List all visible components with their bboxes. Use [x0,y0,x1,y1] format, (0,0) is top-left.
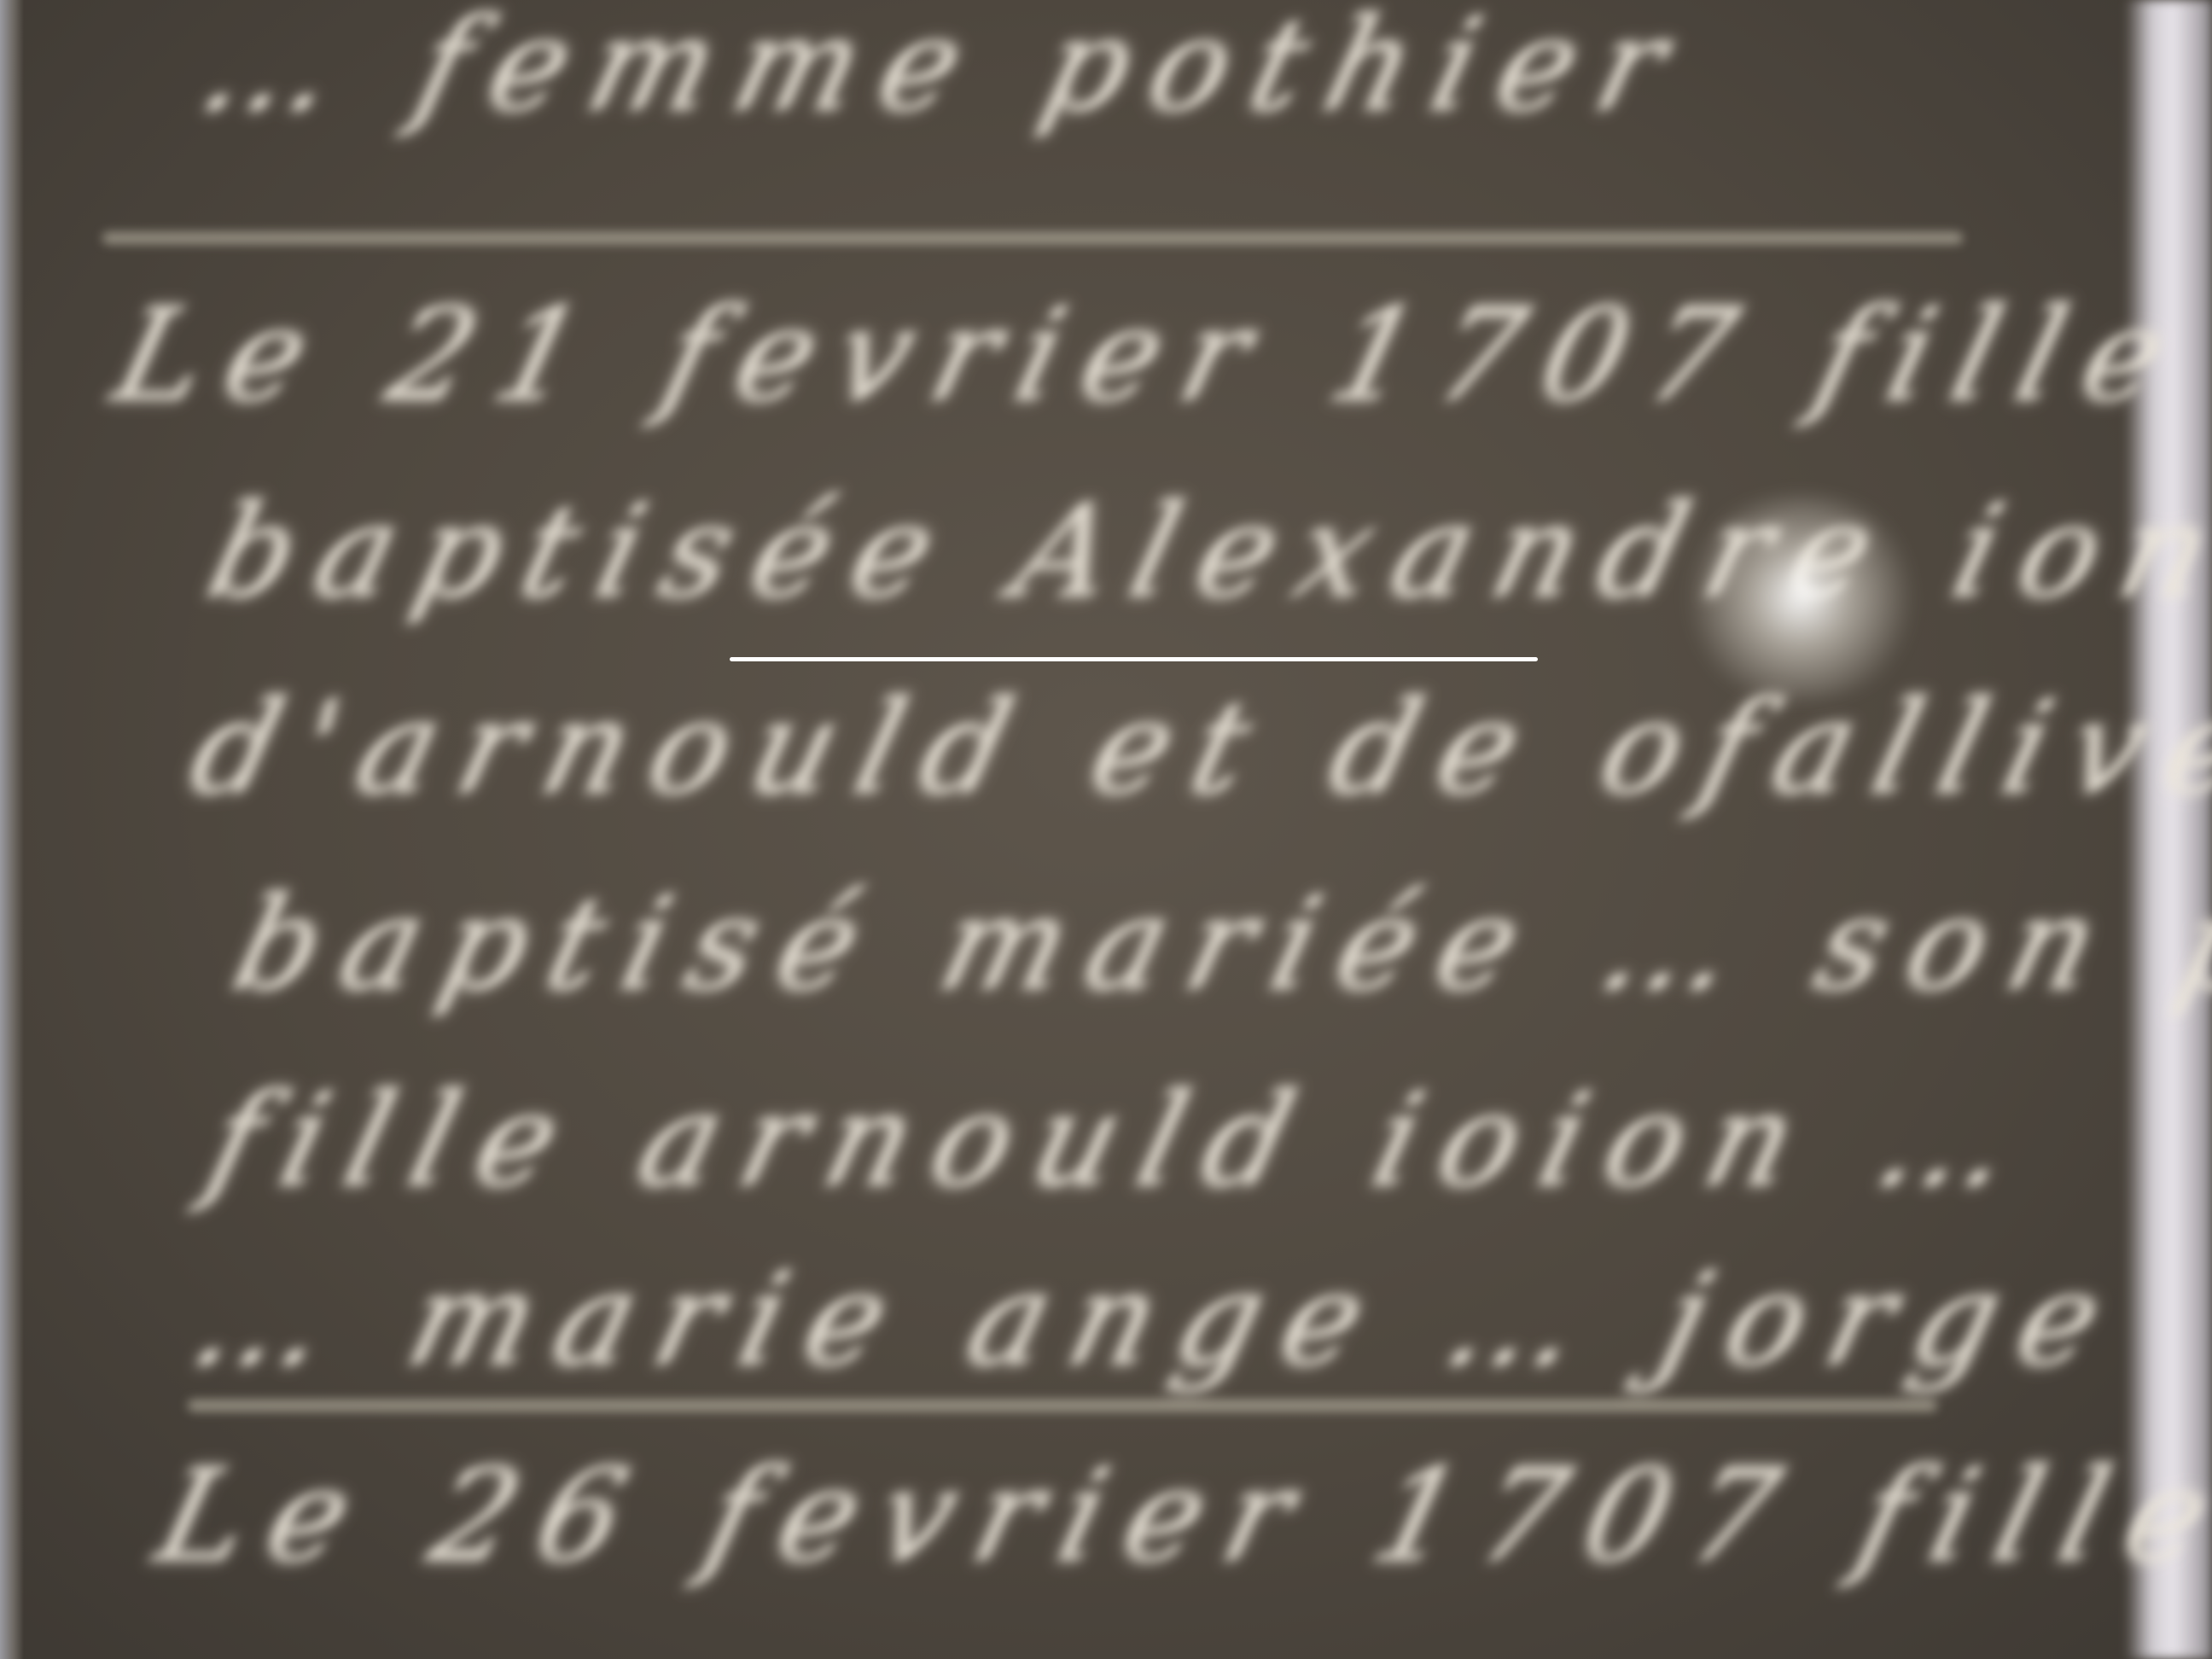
handwritten-line-4: d'arnould et de ofallive [178,674,2212,823]
handwritten-line-7: … marie ange … jorge [178,1246,2139,1394]
handwritten-line-1: … femme pothier [186,0,1703,140]
handwritten-line-8: Le 26 fevrier 1707 fille [143,1442,2212,1591]
light-glare [1673,495,1929,700]
selection-line [730,657,1538,661]
handwritten-line-5: baptisé mariée … son père [220,870,2212,1019]
entry-separator-top [102,232,1963,244]
microfilm-page: … femme pothier Le 21 fevrier 1707 fille… [0,0,2212,1659]
film-right-edge [2125,0,2212,1659]
handwritten-line-2: Le 21 fevrier 1707 fille [101,282,2203,430]
entry-separator-bottom [188,1400,1937,1412]
film-left-edge [0,0,24,1659]
handwritten-line-6: fille arnould ioion … [195,1067,2050,1215]
